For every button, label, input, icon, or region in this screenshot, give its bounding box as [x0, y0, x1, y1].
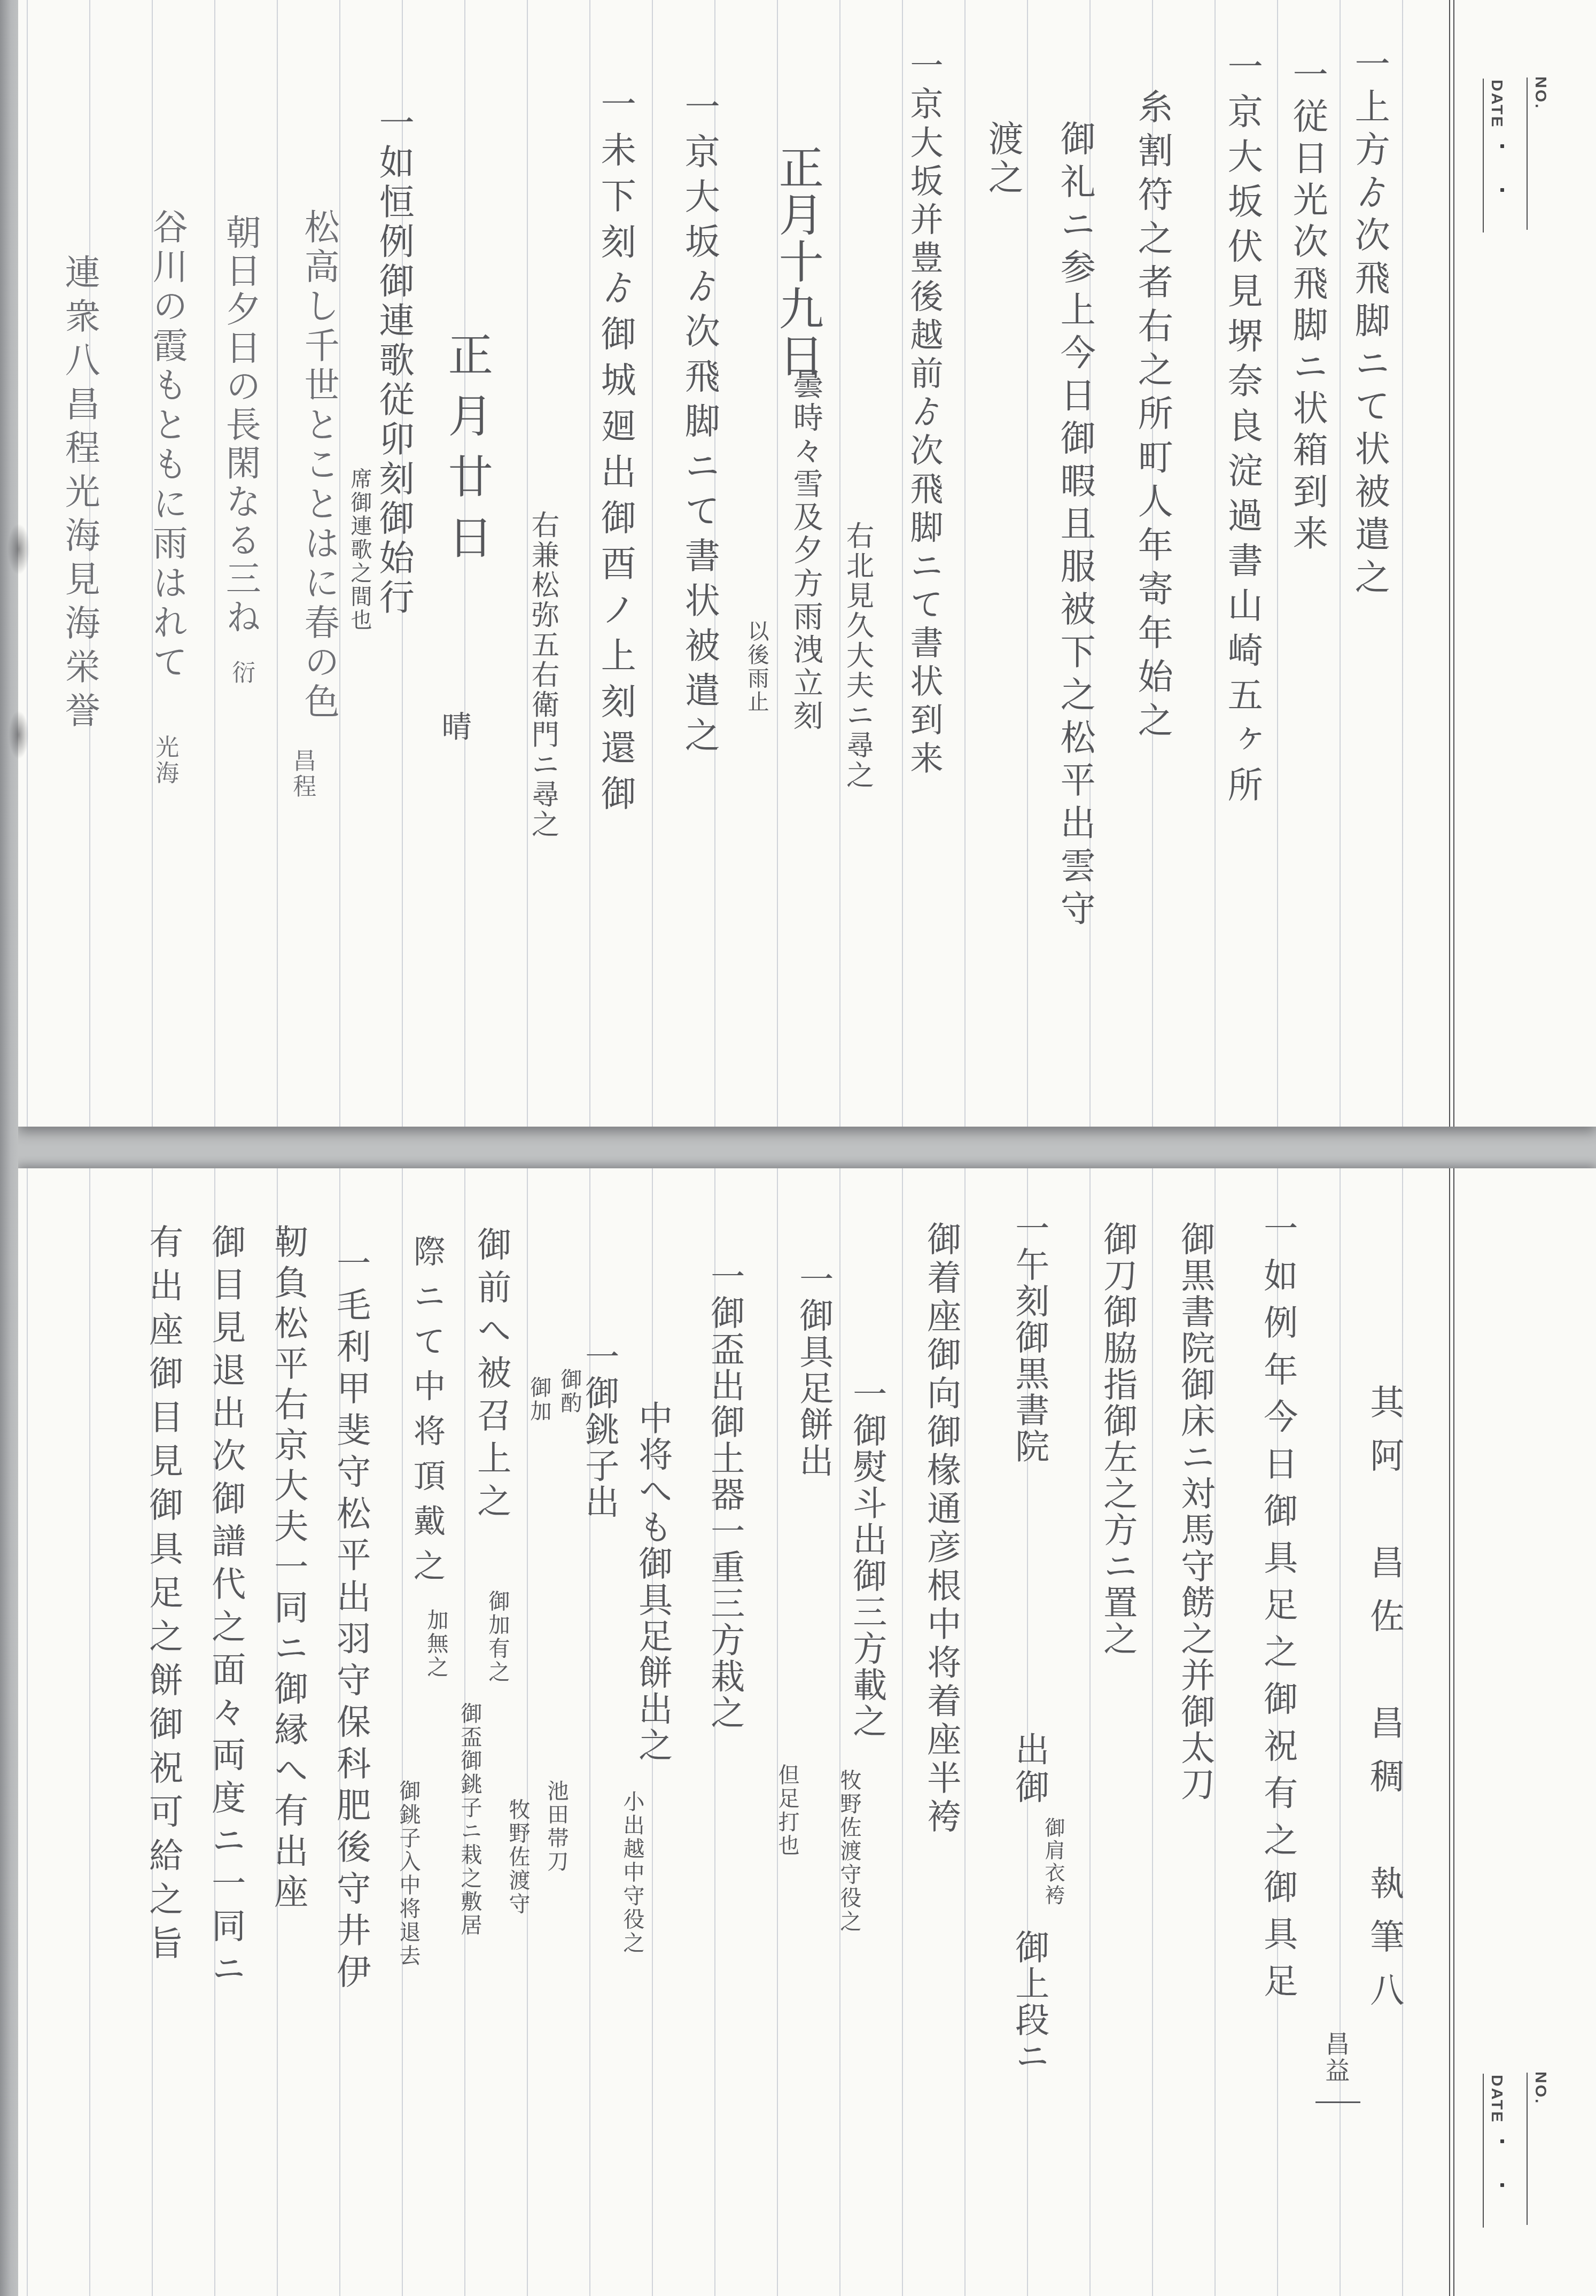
header-line: [1483, 2074, 1484, 2228]
date-dot: [1500, 2139, 1504, 2143]
margin-line: [1449, 0, 1450, 1127]
text-column: 御目見退出次御譜代之面々両度ニ一同ニ: [207, 1224, 243, 1994]
date-heading: 正月十九日: [774, 144, 821, 379]
emphasis-line: [1315, 2101, 1360, 2103]
annotation: 御銚子入中将退去: [397, 1780, 419, 1968]
annotation: 御酌: [558, 1368, 581, 1415]
margin-line: [1453, 0, 1454, 1127]
header-line: [1483, 79, 1484, 232]
poem-column: 朝日夕日の長閑なる三ね: [222, 214, 259, 637]
annotation: 御加: [528, 1376, 550, 1423]
poet-signature: 昌程: [290, 748, 314, 800]
margin-line: [1449, 1168, 1450, 2296]
poem-column: 松高し千世とことはに春の色: [300, 208, 337, 723]
text-column: 一従日光次飛脚ニ状箱到来: [1289, 56, 1326, 556]
text-column: 御礼ニ参上今日御暇且服被下之松平出雲守: [1056, 120, 1093, 933]
date-dot: [1500, 2183, 1504, 2187]
date-label: DATE: [1488, 80, 1506, 128]
text-column: 一未下刻ゟ御城廻出御酉ノ上刻還御: [597, 86, 634, 821]
date-dot: [1500, 188, 1504, 192]
annotation: 昌益: [1323, 2031, 1349, 2084]
header-line: [1527, 77, 1528, 230]
text-column: 一毛利甲斐守松平出羽守保科肥後守井伊: [332, 1245, 368, 1996]
text-column: 際ニて中将頂戴之: [410, 1235, 443, 1594]
text-column: 中将へも御具足餅出之: [634, 1400, 670, 1764]
text-column: 御前へ被召上之: [473, 1227, 509, 1526]
text-column: 右兼松弥五右衛門ニ尋之: [528, 510, 557, 840]
annotation: 席御連歌之間也: [348, 468, 371, 632]
annotation: 池田帯刀: [545, 1780, 567, 1874]
annotation: 御肩衣袴: [1042, 1817, 1063, 1907]
text-column: 一京大坂伏見堺奈良淀過書山崎五ヶ所: [1224, 48, 1260, 811]
annotation: 以後雨止: [745, 620, 768, 714]
date-dot: [1500, 144, 1504, 148]
text-column: 一御熨斗出御三方載之: [848, 1376, 884, 1740]
text-column: 連衆八昌程光海見海栄誉: [61, 254, 98, 736]
date-heading: 正月廿日: [443, 331, 491, 575]
annotation: 小出越中守役之: [621, 1790, 643, 1955]
header-line: [1527, 2073, 1528, 2225]
no-label: NO.: [1531, 76, 1550, 110]
scan-smudge: [7, 524, 30, 575]
annotation: 加無之: [425, 1609, 447, 1679]
text-column: 一御盃出御土器一重三方栽之: [706, 1259, 742, 1731]
text-column: 出御: [1011, 1732, 1047, 1806]
poet-signature: 衍: [229, 660, 253, 686]
text-column: 一如例年今日御具足之御祝有之御具足: [1259, 1211, 1295, 2010]
date-label: DATE: [1488, 2075, 1506, 2123]
text-column: 右北見久大夫ニ尋之: [843, 521, 872, 790]
text-column: 一京大坂ゟ次飛脚ニて書状被遣之: [681, 88, 718, 762]
text-column: 晴: [438, 711, 470, 744]
scan-edge-shadow: [0, 0, 18, 2296]
annotation: 但足打也: [776, 1764, 798, 1858]
no-label: NO.: [1531, 2072, 1550, 2105]
text-column: 一如恒例御連歌従卯刻御始行: [375, 104, 412, 618]
text-column: 其阿 昌佐 昌稠 執筆八: [1366, 1384, 1402, 2026]
text-column: 一京大坂并豊後越前ゟ次飛脚ニて書状到来: [907, 48, 941, 779]
poem-column: 谷川の霞もともに雨はれて: [149, 208, 185, 683]
text-column: 靭負松平右京大夫一同ニ御縁へ有出座: [270, 1224, 306, 1914]
scan-smudge: [9, 711, 29, 759]
text-column: 一御具足餅出: [795, 1261, 831, 1479]
annotation: 牧野佐渡守: [507, 1798, 529, 1916]
text-column: 糸割符之者右之所町人年寄年始之: [1134, 88, 1171, 746]
text-column: 御上段ニ: [1011, 1929, 1047, 2075]
margin-line: [1453, 1168, 1454, 2296]
annotation: 牧野佐渡守役之: [838, 1769, 860, 1934]
text-column: 御着座御向御椽通彦根中将着座半袴: [923, 1221, 959, 1837]
text-column: 有出座御目見御具足之餅御祝可給之旨: [145, 1224, 181, 1969]
annotation: 御加有之: [486, 1590, 509, 1684]
text-column: 曇時々雪及夕方雨洩立刻: [790, 369, 821, 733]
text-column: 御黒書院御床ニ対馬守餝之并御太刀: [1177, 1221, 1212, 1803]
text-column: 一上方ゟ次飛脚ニて状被遣之: [1351, 45, 1388, 601]
text-column: 御刀御脇指御左之方ニ置之: [1099, 1221, 1135, 1657]
poet-signature: 光海: [152, 735, 177, 786]
annotation: 御盃御銚子ニ栽之敷居: [458, 1702, 481, 1937]
text-column: 一御銚子出: [581, 1339, 617, 1521]
text-column: 一午刻御黒書院: [1011, 1211, 1047, 1465]
text-column: 渡之: [984, 120, 1021, 197]
